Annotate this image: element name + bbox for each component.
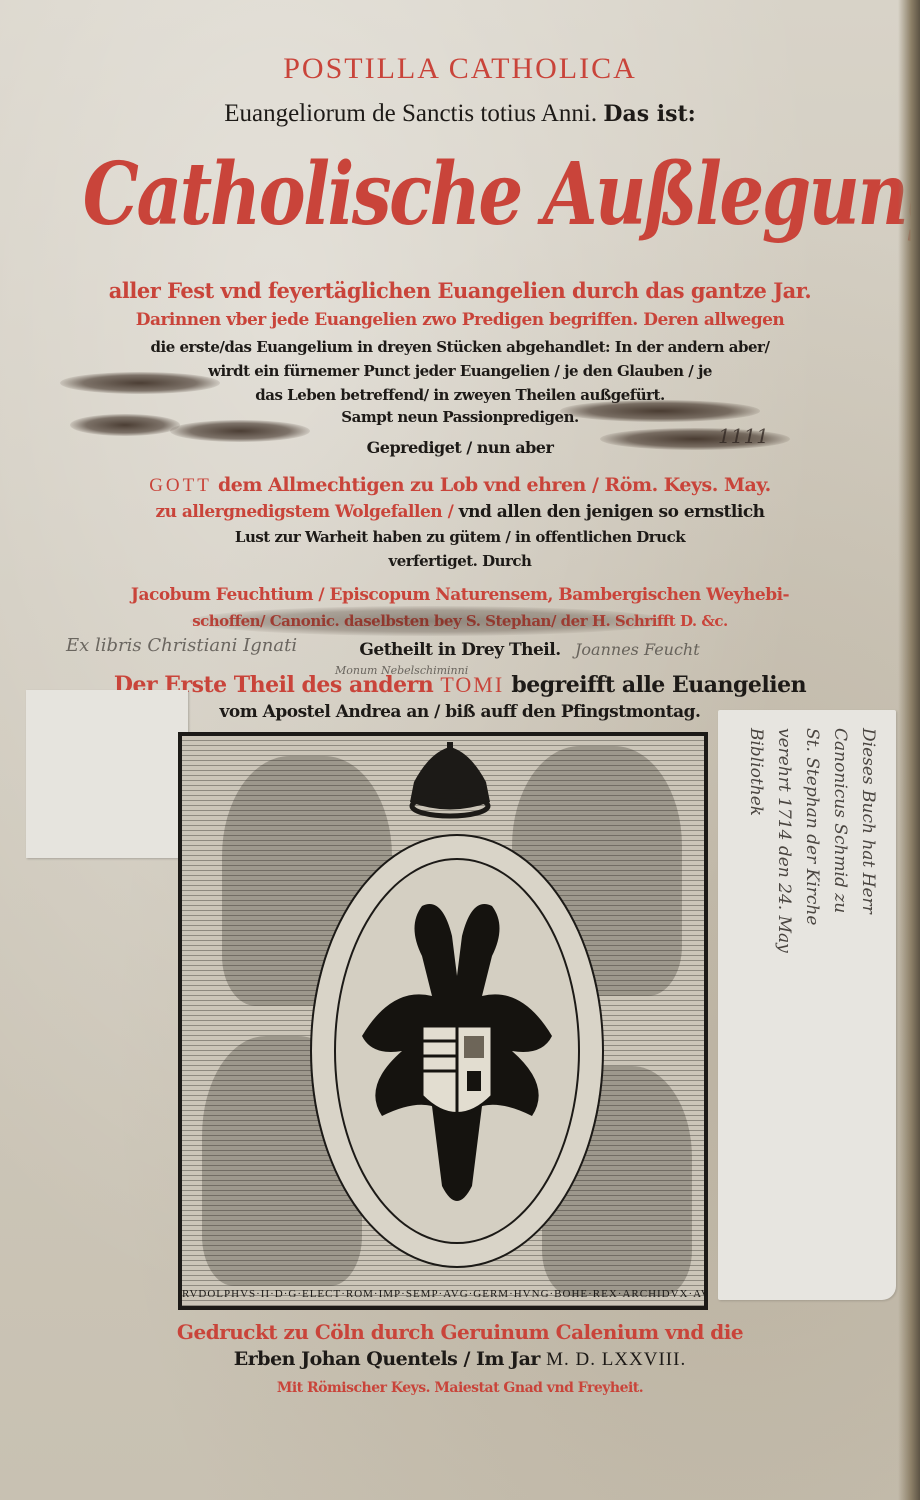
title-line-10: GOTT dem Allmechtigen zu Lob vnd ehren /… [0,474,920,497]
subtitle-das-ist: Das ist: [603,101,695,127]
ink-smudge [190,606,670,636]
title-line-11: zu allergnedigstem Wolgefallen / vnd all… [0,502,920,522]
manuscript-ownership-left: Ex libris Christiani Ignati [66,635,297,656]
title-line-12: Lust zur Warheit haben zu gütem / in off… [0,528,920,546]
ink-smudge [560,400,760,422]
book-spine-edge [898,0,920,1500]
pasted-paper-slip-left [26,690,188,858]
manuscript-ownership-right: Joannes Feucht [575,640,700,659]
woodcut-legend-text: RVDOLPHVS·II·D·G·ELECT·ROM·IMP·SEMP·AVG·… [182,1288,704,1300]
subtitle-latin-text: Euangeliorum de Sanctis totius Anni. [224,100,597,127]
imprint-line-1: Gedruckt zu Cöln durch Geruinum Calenium… [0,1320,920,1344]
title-postilla-catholica: POSTILLA CATHOLICA [0,52,920,86]
manuscript-number-note: 1111 [718,424,769,448]
imprint-privilege: Mit Römischer Keys. Maiestat Gnad vnd Fr… [0,1380,920,1396]
handwritten-slip-text: Dieses Buch hat Herr Canonicus Schmid zu… [718,710,896,1300]
headline-catholische-ausslegung: Catholische Außlegung [83,140,837,250]
pasted-handwritten-slip-right: Dieses Buch hat Herr Canonicus Schmid zu… [718,710,896,1300]
title-line-17-black: begreifft alle Euangelien [511,672,806,698]
title-page: POSTILLA CATHOLICA Euangeliorum de Sanct… [0,0,920,1500]
imperial-crown-icon [400,742,500,822]
word-gott: GOTT [149,475,212,496]
ink-smudge [70,414,180,436]
woodcut-imperial-arms: RVDOLPHVS·II·D·G·ELECT·ROM·IMP·SEMP·AVG·… [178,732,708,1310]
ink-smudge [60,372,220,394]
title-line-11-red: zu allergnedigstem Wolgefallen / [155,502,453,522]
title-line-13: verfertiget. Durch [0,552,920,570]
title-line-4: Darinnen vber jede Euangelien zwo Predig… [0,310,920,330]
title-line-3: aller Fest vnd feyertäglichen Euangelien… [0,278,920,303]
title-line-5: die erste/das Euangelium in dreyen Stück… [0,338,920,356]
imprint-year: M. D. LXXVIII. [546,1349,686,1370]
subtitle-latin: Euangeliorum de Sanctis totius Anni. Das… [0,100,920,128]
imprint-line-2-text: Erben Johan Quentels / Im Jar [234,1348,540,1370]
double-headed-eagle-icon [352,886,562,1226]
imprint-line-2: Erben Johan Quentels / Im Jar M. D. LXXV… [0,1348,920,1371]
author-line-1: Jacobum Feuchtium / Episcopum Naturensem… [0,585,920,605]
ink-smudge [170,420,310,442]
title-line-11-black: vnd allen den jenigen so ernstlich [459,502,765,522]
title-line-10-text: dem Allmechtigen zu Lob vnd ehren / Röm.… [218,474,771,496]
manuscript-ownership-sub: Monum Nebelschiminni [335,664,468,677]
